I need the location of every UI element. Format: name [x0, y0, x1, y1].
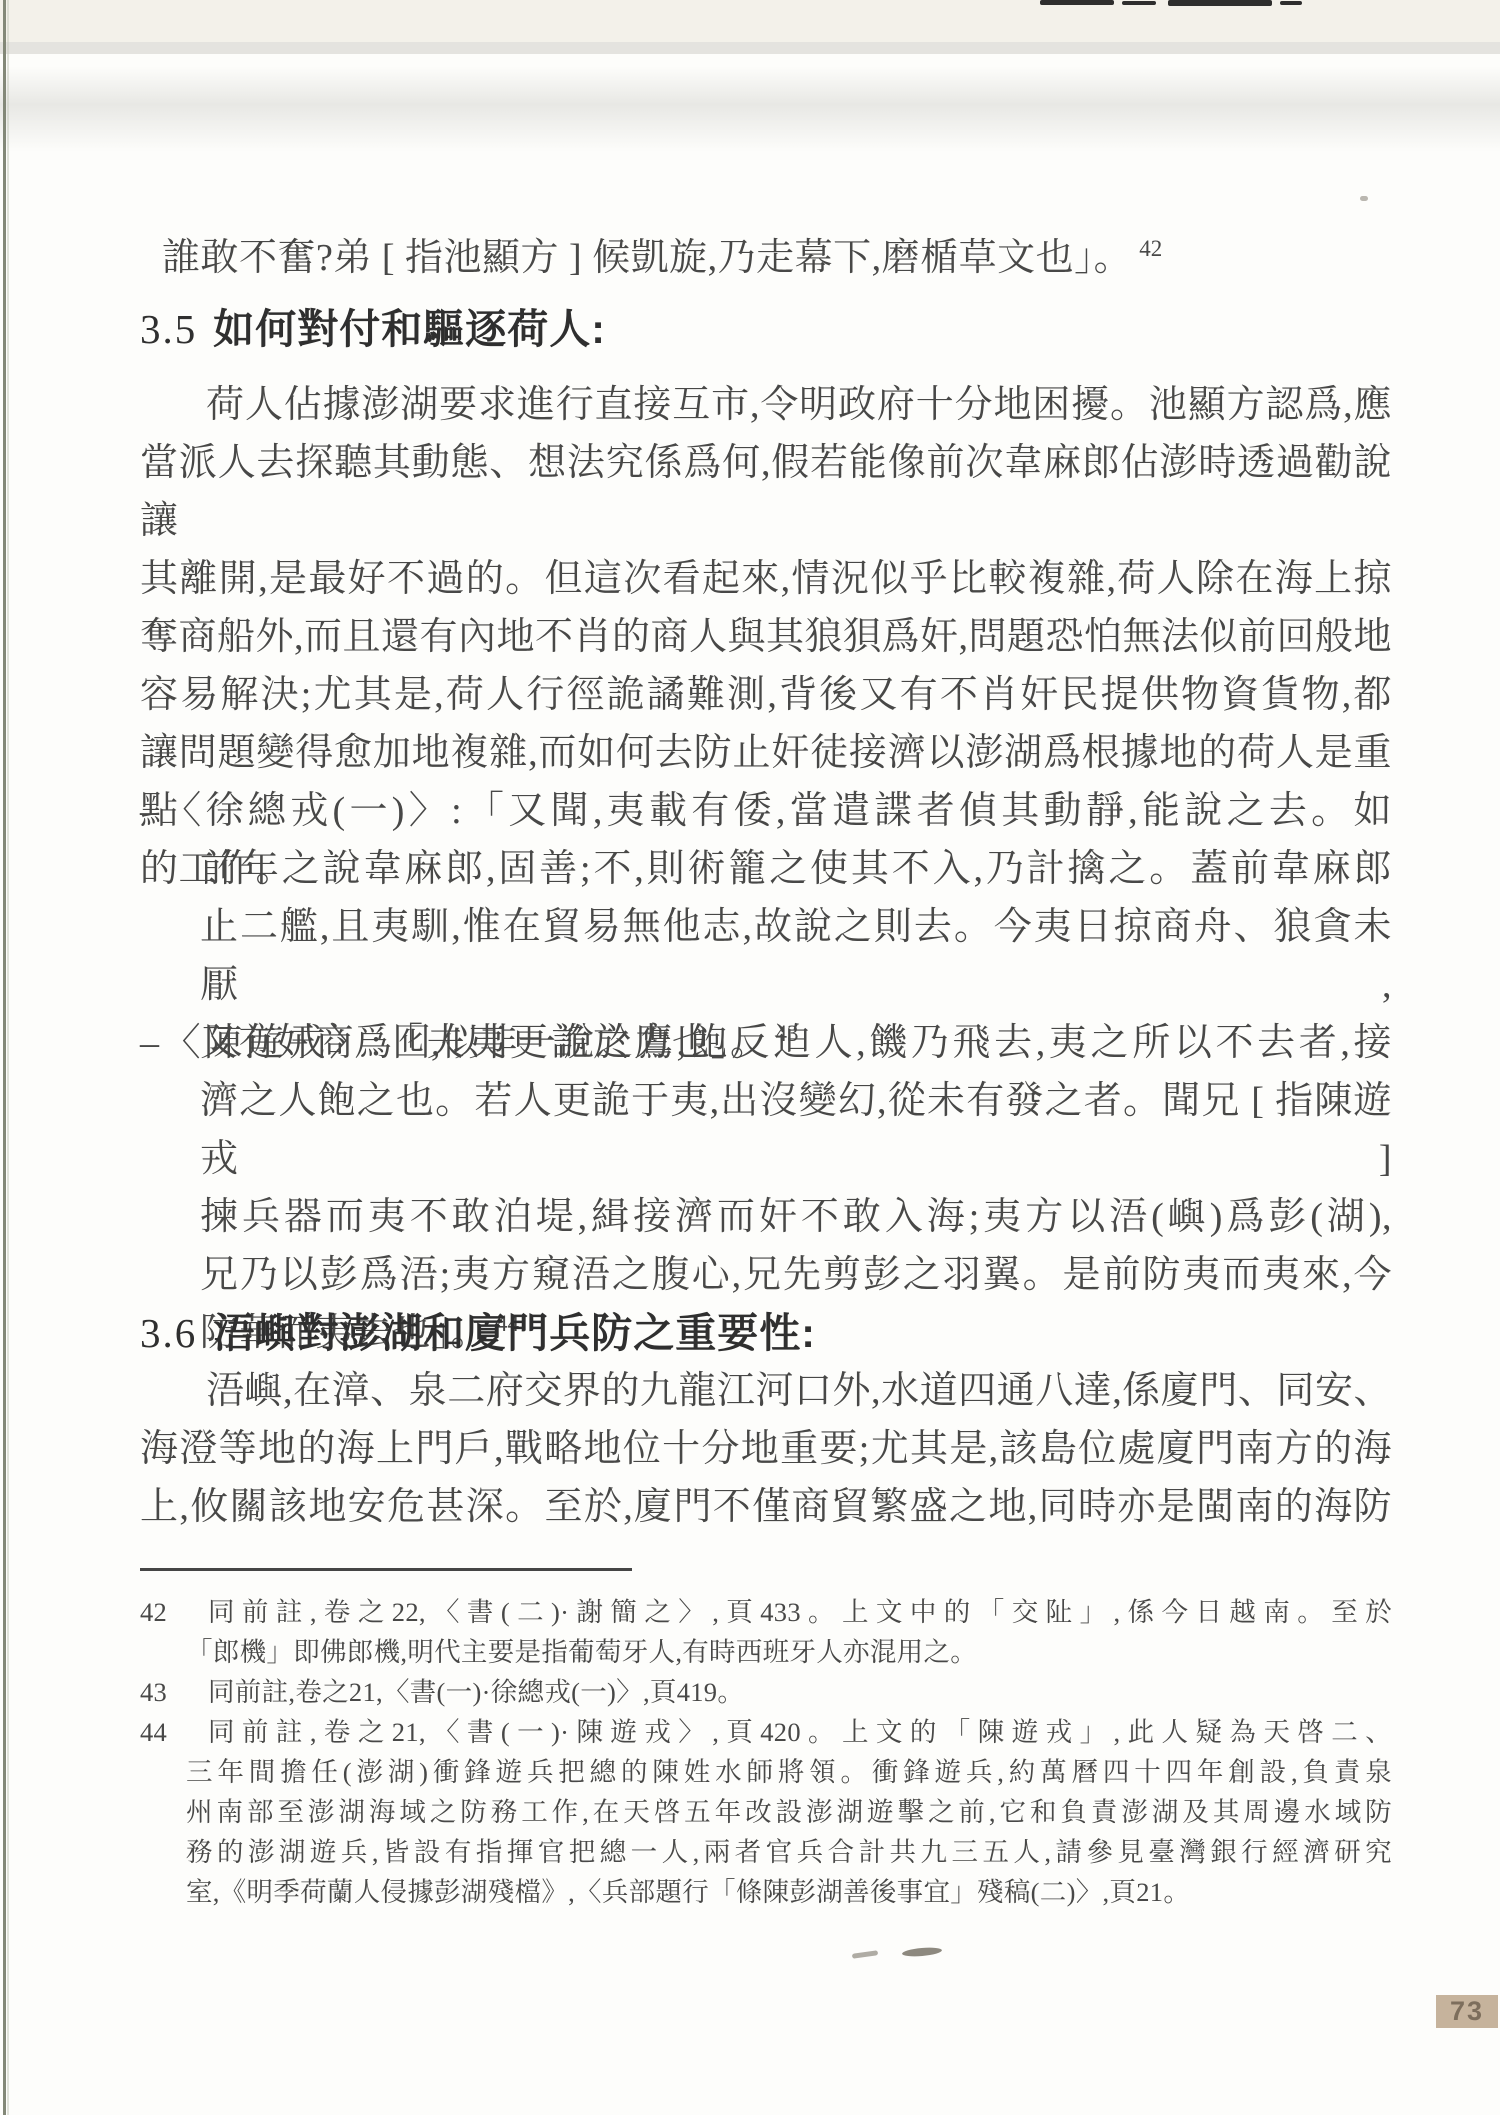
text-line: 當派人去探聽其動態、想法究係爲何,假若能像前次韋麻郎佔澎時透過勸說讓 — [140, 434, 1392, 550]
text-line: 前年之說韋麻郎,固善;不,則術籠之使其不入,乃計擒之。蓋前韋麻郎 — [140, 840, 1392, 898]
footnote-line: 同前註,卷之21,〈書(一)·陳遊戎〉,頁420。上文的「陳遊戎」,此人疑為天啓… — [140, 1712, 1392, 1752]
text-line: 其離開,是最好不過的。但這次看起來,情況似乎比較複雜,荷人除在海上掠 — [140, 550, 1392, 608]
footnote-line: 務的澎湖遊兵,皆設有指揮官把總一人,兩者官兵合計共九三五人,請參見臺灣銀行經濟研… — [140, 1832, 1392, 1872]
footnote-42-lines: 同前註,卷之22,〈書(二)·謝簡之〉,頁433。上文中的「交阯」,係今日越南。… — [140, 1592, 1392, 1672]
text-line: 兄乃以彭爲浯;夷方窺浯之腹心,兄先剪彭之羽翼。是前防夷而夷來,今 — [140, 1246, 1392, 1304]
scan-speck — [1360, 196, 1368, 201]
scan-squiggle — [902, 1946, 943, 1957]
footnote-number: 42 — [140, 1592, 167, 1632]
footnote-44-lines: 同前註,卷之21,〈書(一)·陳遊戎〉,頁420。上文的「陳遊戎」,此人疑為天啓… — [140, 1712, 1392, 1912]
quote-continuation-line: 誰敢不奮?弟 [ 指池顯方 ] 候凱旋,乃走幕下,磨楯草文也」。42 — [140, 229, 1392, 287]
footnote-44: 44 同前註,卷之21,〈書(一)·陳遊戎〉,頁420。上文的「陳遊戎」,此人疑… — [140, 1712, 1392, 1912]
scan-squiggle — [852, 1950, 878, 1959]
scan-mottle-band — [0, 66, 1500, 152]
section-number: 3.5 — [140, 306, 197, 352]
text-line: 誰敢不奮?弟 [ 指池顯方 ] 候凱旋,乃走幕下,磨楯草文也」。42 — [140, 229, 1392, 287]
footnote-line: 室,《明季荷蘭人侵據彭湖殘檔》,〈兵部題行「條陳彭湖善後事宜」殘稿(二)〉,頁2… — [140, 1872, 1392, 1912]
page-number-badge: 73 — [1436, 1995, 1498, 2028]
section-title: 浯嶼對澎湖和廈門兵防之重要性: — [213, 1310, 816, 1356]
footnote-ref: 42 — [1139, 236, 1162, 261]
footnote-line: 州南部至澎湖海域之防務工作,在天啓五年改設澎湖遊擊之前,它和負責澎湖及其周邊水域… — [140, 1792, 1392, 1832]
footnote-number: 43 — [140, 1672, 167, 1712]
footnote-line: 三年間擔任(澎湖)衝鋒遊兵把總的陳姓水師將領。衝鋒遊兵,約萬曆四十四年創設,負責… — [140, 1752, 1392, 1792]
footnotes-section: 42 同前註,卷之22,〈書(二)·謝簡之〉,頁433。上文中的「交阯」,係今日… — [140, 1592, 1392, 1912]
text-line: 浯嶼,在漳、泉二府交界的九龍江河口外,水道四通八達,係廈門、同安、 — [140, 1362, 1392, 1420]
scan-top-gray-band — [0, 42, 1500, 54]
scan-left-edge-line — [3, 0, 6, 2115]
footnote-line: 同前註,卷之22,〈書(二)·謝簡之〉,頁433。上文中的「交阯」,係今日越南。… — [140, 1592, 1392, 1632]
quote-text: 誰敢不奮?弟 [ 指池顯方 ] 候凱旋,乃走幕下,磨楯草文也」。 — [162, 237, 1132, 279]
scan-mark — [1040, 0, 1114, 5]
paragraph-3-6: 浯嶼,在漳、泉二府交界的九龍江河口外,水道四通八達,係廈門、同安、海澄等地的海上… — [140, 1362, 1392, 1536]
footnote-line: 「郎機」即佛郎機,明代主要是指葡萄牙人,有時西班牙人亦混用之。 — [140, 1632, 1392, 1672]
section-3-6-heading: 3.6浯嶼對澎湖和廈門兵防之重要性: — [140, 1304, 816, 1362]
text-line: 揀兵器而夷不敢泊堤,緝接濟而奸不敢入海;夷方以浯(嶼)爲彭(湖), — [140, 1188, 1392, 1246]
footnote-42: 42 同前註,卷之22,〈書(二)·謝簡之〉,頁433。上文中的「交阯」,係今日… — [140, 1592, 1392, 1672]
text-line: –〈徐總戎(一)〉:「又聞,夷載有倭,當遣諜者偵其動靜,能說之去。如 — [140, 782, 1392, 840]
section-title: 如何對付和驅逐荷人: — [213, 306, 606, 352]
text-line: 海澄等地的海上門戶,戰略地位十分地重要;尤其是,該島位處廈門南方的海 — [140, 1420, 1392, 1478]
footnote-number: 44 — [140, 1712, 167, 1752]
text-line: 濟之人飽之也。若人更詭于夷,出沒變幻,從未有發之者。聞兄 [ 指陳遊戎 ] — [140, 1072, 1392, 1188]
section-3-5-heading: 3.5如何對付和驅逐荷人: — [140, 300, 606, 358]
scanned-document-page: 誰敢不奮?弟 [ 指池顯方 ] 候凱旋,乃走幕下,磨楯草文也」。42 3.5如何… — [0, 0, 1500, 2115]
scan-mark — [1280, 1, 1302, 5]
scan-mark — [1168, 0, 1272, 6]
footnote-separator-rule — [140, 1568, 632, 1571]
text-line: 容易解決;尤其是,荷人行徑詭譎難測,背後又有不肖奸民提供物資貨物,都 — [140, 666, 1392, 724]
text-line: –〈陳遊戎〉:「夫夷更詭於鷹,飽反迫人,饑乃飛去,夷之所以不去者,接 — [140, 1014, 1392, 1072]
footnote-line: 同前註,卷之21,〈書(一)·徐總戎(一)〉,頁419。 — [140, 1672, 1392, 1712]
text-line: 上,攸關該地安危甚深。至於,廈門不僅商貿繁盛之地,同時亦是閩南的海防 — [140, 1478, 1392, 1536]
scan-left-edge-highlight — [7, 0, 9, 2115]
text-line: 止二艦,且夷馴,惟在貿易無他志,故說之則去。今夷日掠商舟、狼貪未厭, — [140, 898, 1392, 1014]
footnote-43: 43 同前註,卷之21,〈書(一)·徐總戎(一)〉,頁419。 — [140, 1672, 1392, 1712]
text-line: 荷人佔據澎湖要求進行直接互市,令明政府十分地困擾。池顯方認爲,應 — [140, 376, 1392, 434]
scan-mark — [1122, 1, 1156, 5]
scan-top-cream-band — [0, 0, 1500, 42]
section-number: 3.6 — [140, 1310, 197, 1356]
text-line: 奪商船外,而且還有內地不肖的商人與其狼狽爲奸,問題恐怕無法似前回般地 — [140, 608, 1392, 666]
footnote-43-lines: 同前註,卷之21,〈書(一)·徐總戎(一)〉,頁419。 — [140, 1672, 1392, 1712]
